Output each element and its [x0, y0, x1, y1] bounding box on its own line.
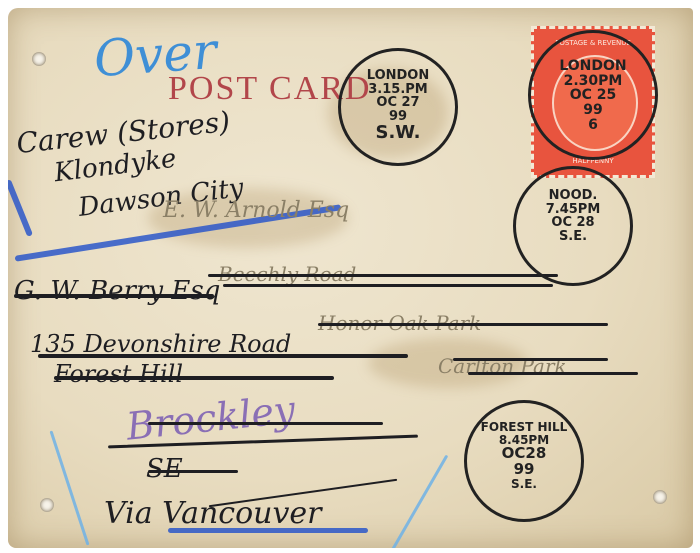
- postmark-text: LONDON: [531, 59, 655, 74]
- postmark-london-e: LONDON 2.30PM OC 25 99 6: [528, 30, 658, 160]
- struck-original-1: G. W. Berry Esq: [14, 276, 220, 306]
- addressee: E. W. Arnold Esq: [163, 198, 349, 223]
- strike-line: [54, 376, 334, 380]
- pin-hole: [32, 52, 46, 66]
- postmark-time: 2.30PM: [531, 74, 655, 89]
- struck-original-3: Forest Hill: [54, 360, 183, 388]
- blue-cross-stroke: [391, 455, 449, 548]
- struck-se: SE: [146, 454, 183, 484]
- strike-line: [38, 354, 408, 358]
- postmark-london-sw: LONDON 3.15.PM OC 27 99 S.W.: [338, 48, 458, 166]
- strike-line: [223, 284, 553, 287]
- postmark-time: 3.15.PM: [341, 83, 455, 97]
- postmark-text: FOREST HILL: [467, 421, 581, 434]
- postmark-text: NOOD.: [516, 189, 630, 203]
- postmark-district: S.W.: [341, 124, 455, 143]
- strike-line: [14, 294, 214, 298]
- strike-line: [453, 358, 608, 361]
- strike-line: [318, 323, 608, 326]
- via-vancouver: Via Vancouver: [104, 496, 322, 531]
- postmark-date: OC 25: [531, 88, 655, 103]
- postmark-date: OC 27: [341, 96, 455, 110]
- strike-line: [148, 470, 238, 473]
- postmark-forest-hill-se: FOREST HILL 8.45PM OC28 99 S.E.: [464, 400, 584, 522]
- postmark-time: 7.45PM: [516, 203, 630, 217]
- postmark-district: S.E.: [516, 230, 630, 244]
- postmark-text: LONDON: [341, 69, 455, 83]
- blue-bracket: [8, 179, 33, 237]
- pin-hole: [40, 498, 54, 512]
- strike-line: [468, 372, 638, 375]
- postmark-district: S.E.: [467, 478, 581, 491]
- postmark-norwood-se: NOOD. 7.45PM OC 28 S.E.: [513, 166, 633, 286]
- postmark-date: OC 28: [516, 216, 630, 230]
- postmark-number: 6: [531, 118, 655, 133]
- strike-line: [148, 422, 383, 425]
- strike-line: [208, 274, 558, 277]
- blue-cross-stroke: [50, 430, 90, 545]
- postmark-year: 99: [531, 103, 655, 118]
- pin-hole: [653, 490, 667, 504]
- blue-underline: [168, 528, 368, 533]
- postcard: Over POST CARD Carew (Stores) Klondyke D…: [8, 8, 693, 548]
- postmark-year: 99: [467, 462, 581, 478]
